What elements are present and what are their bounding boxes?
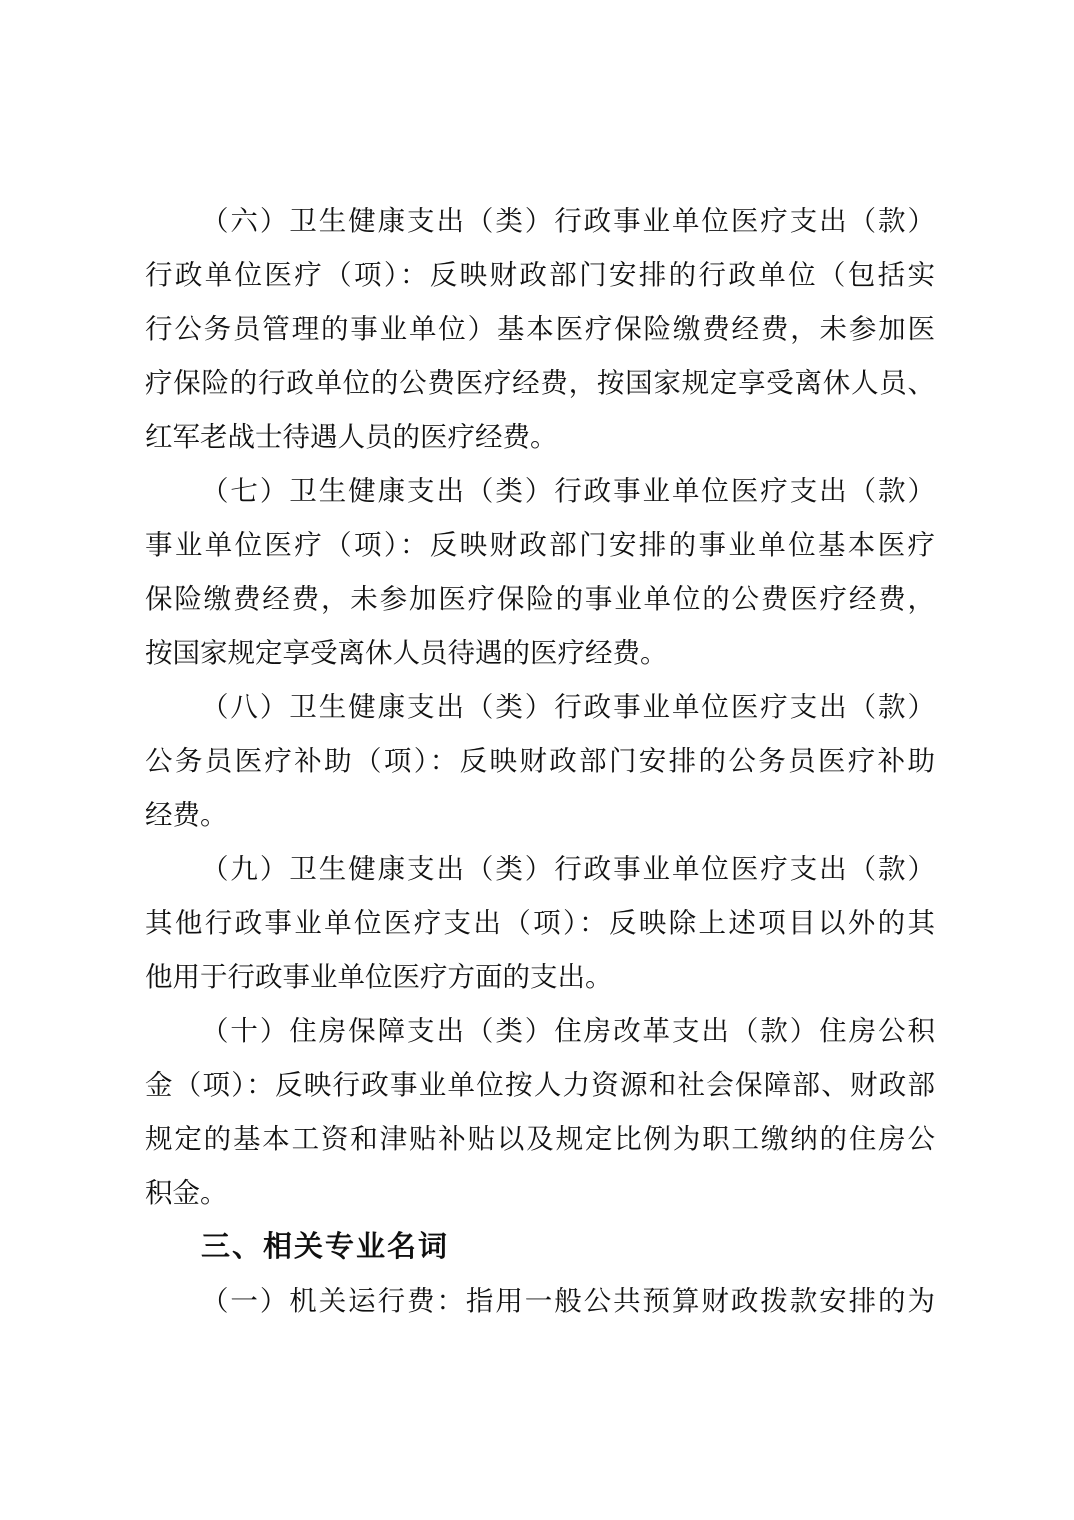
clause-8-civil-servant-medical-subsidy: （八）卫生健康支出（类）行政事业单位医疗支出（款）公务员医疗补助（项）：反映财政… [145,680,935,842]
text-line: 事业单位医疗（项）：反映财政部门安排的事业单位基本医疗 [145,518,935,572]
text-line: 行公务员管理的事业单位）基本医疗保险缴费经费，未参加医 [145,302,935,356]
clause-6-admin-unit-medical: （六）卫生健康支出（类）行政事业单位医疗支出（款）行政单位医疗（项）：反映财政部… [145,194,935,464]
text-line: 规定的基本工资和津贴补贴以及规定比例为职工缴纳的住房公 [145,1112,935,1166]
text-line: 公务员医疗补助（项）：反映财政部门安排的公务员医疗补助 [145,734,935,788]
text-line: 金（项）：反映行政事业单位按人力资源和社会保障部、财政部 [145,1058,935,1112]
text-line: 行政单位医疗（项）：反映财政部门安排的行政单位（包括实 [145,248,935,302]
document-body: （六）卫生健康支出（类）行政事业单位医疗支出（款）行政单位医疗（项）：反映财政部… [145,194,935,1328]
section-heading-text: 三、相关专业名词 [145,1220,935,1274]
text-line: 按国家规定享受离休人员待遇的医疗经费。 [145,626,935,680]
text-line: 保险缴费经费，未参加医疗保险的事业单位的公费医疗经费， [145,572,935,626]
text-line: 红军老战士待遇人员的医疗经费。 [145,410,935,464]
clause-7-institution-medical: （七）卫生健康支出（类）行政事业单位医疗支出（款）事业单位医疗（项）：反映财政部… [145,464,935,680]
text-line: 疗保险的行政单位的公费医疗经费，按国家规定享受离休人员、 [145,356,935,410]
text-line: 他用于行政事业单位医疗方面的支出。 [145,950,935,1004]
text-line: 积金。 [145,1166,935,1220]
document-page: （六）卫生健康支出（类）行政事业单位医疗支出（款）行政单位医疗（项）：反映财政部… [0,0,1074,1520]
text-line: （八）卫生健康支出（类）行政事业单位医疗支出（款） [145,680,935,734]
section-heading-related-terms: 三、相关专业名词 [145,1220,935,1274]
text-line: （九）卫生健康支出（类）行政事业单位医疗支出（款） [145,842,935,896]
text-line: 经费。 [145,788,935,842]
text-line: （六）卫生健康支出（类）行政事业单位医疗支出（款） [145,194,935,248]
term-1-agency-operating-expense: （一）机关运行费：指用一般公共预算财政拨款安排的为 [145,1274,935,1328]
text-line: （七）卫生健康支出（类）行政事业单位医疗支出（款） [145,464,935,518]
text-line: （十）住房保障支出（类）住房改革支出（款）住房公积 [145,1004,935,1058]
clause-9-other-medical-expenditure: （九）卫生健康支出（类）行政事业单位医疗支出（款）其他行政事业单位医疗支出（项）… [145,842,935,1004]
clause-10-housing-fund: （十）住房保障支出（类）住房改革支出（款）住房公积金（项）：反映行政事业单位按人… [145,1004,935,1220]
text-line: 其他行政事业单位医疗支出（项）：反映除上述项目以外的其 [145,896,935,950]
text-line: （一）机关运行费：指用一般公共预算财政拨款安排的为 [145,1274,935,1328]
